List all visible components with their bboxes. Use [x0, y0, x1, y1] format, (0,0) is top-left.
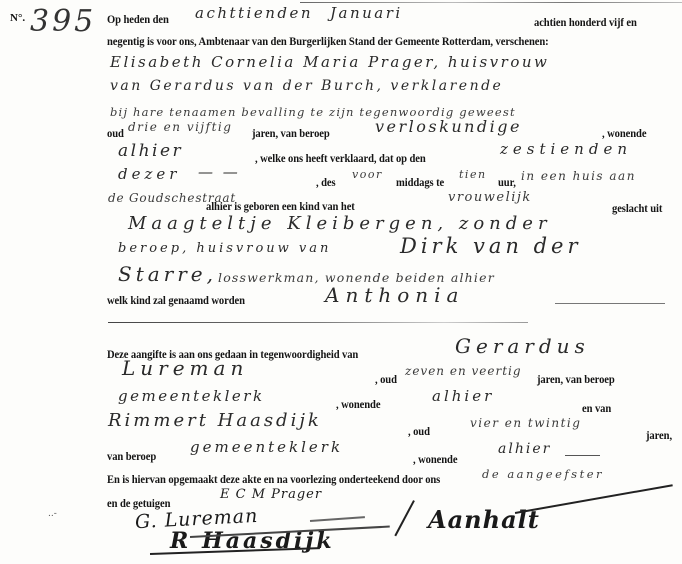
father-name-a: Dirk van der: [400, 234, 582, 258]
father-name-b: Starre,: [118, 262, 217, 286]
witness-line-5: van beroep: [107, 447, 160, 464]
printed-text: jaren, van beroep: [537, 375, 615, 387]
witness2-occupation: gemeenteklerk: [190, 438, 343, 456]
declarant-residence: alhier: [118, 141, 183, 161]
birth-day: zestienden: [500, 140, 632, 158]
child-name: Anthonia: [325, 283, 464, 307]
printed-text: , wonende: [602, 129, 646, 141]
witness2-age: vier en twintig: [470, 416, 581, 430]
line-1-end: achtien honderd vijf en: [534, 13, 646, 30]
printed-text: , oud: [375, 375, 397, 387]
signature-flourish: [310, 516, 365, 521]
printed-text: , welke ons heeft verklaard, dat op den: [255, 154, 426, 166]
record-number-label: N°.: [10, 12, 25, 24]
declarant-occupation: verloskundige: [375, 117, 522, 136]
name-underline: [555, 303, 665, 304]
section-divider: [108, 322, 528, 323]
witness1-name-b: Lureman: [122, 356, 248, 380]
line-9-b: geslacht uit: [612, 199, 667, 216]
birth-hour: tien: [459, 168, 487, 181]
printed-text: En is hiervan opgemaakt deze akte en na …: [107, 475, 440, 487]
mother-line-1: Maagteltje Kleibergen, zonder: [128, 213, 552, 234]
closing-line-1: En is hiervan opgemaakt deze akte en na …: [107, 470, 469, 487]
witness1-name-a: Gerardus: [455, 334, 590, 358]
signature-flourish: [394, 500, 414, 536]
witness-line-2: , oud: [375, 370, 399, 387]
top-rule: [300, 2, 682, 3]
line-13: welk kind zal genaamd worden: [107, 291, 257, 308]
witness-line-3: , wonende: [336, 395, 384, 412]
declarant-line-1: Elisabeth Cornelia Maria Prager, huisvro…: [110, 53, 549, 71]
declarant-line-2: van Gerardus van der Burch, verklarende: [110, 78, 503, 94]
line-8: , des: [316, 173, 337, 190]
printed-text: en de getuigen: [107, 499, 170, 511]
printed-text: geslacht uit: [612, 204, 662, 216]
printed-text: welk kind zal genaamd worden: [107, 296, 245, 308]
printed-text: uur,: [498, 178, 516, 190]
witness2-residence: alhier: [498, 441, 551, 457]
time-of-day: voor: [352, 168, 383, 181]
mother-line-2: beroep, huisvrouw van: [118, 241, 331, 256]
line-2: negentig is voor ons, Ambtenaar van den …: [107, 32, 587, 49]
date-day: achttienden: [195, 4, 313, 22]
witness-line-3-b: en van: [582, 399, 614, 416]
printed-text: achtien honderd vijf en: [534, 18, 637, 30]
witness2-name: Rimmert Haasdijk: [108, 410, 322, 431]
line-1: Op heden den: [107, 10, 174, 27]
signers-note: de aangeefster: [482, 467, 604, 481]
declarant-age: drie en vijftig: [128, 120, 232, 134]
birth-place-a: in een huis aan: [521, 169, 636, 183]
date-month: Januari: [330, 4, 403, 22]
residence-underline: [565, 455, 600, 456]
birth-dash: — —: [198, 163, 240, 181]
line-7: , welke ons heeft verklaard, dat op den: [255, 149, 441, 166]
printed-text: jaren, van beroep: [252, 129, 330, 141]
witness-line-5-b: , wonende: [413, 450, 461, 467]
line-6-c: , wonende: [602, 124, 650, 141]
signature-official: Aanhalt: [428, 505, 540, 534]
printed-text: oud: [107, 129, 124, 141]
closing-line-2: en de getuigen: [107, 494, 176, 511]
birth-certificate-scan: N°. 395 Op heden den achttienden Januari…: [0, 0, 682, 564]
birth-month: dezer: [118, 165, 180, 183]
line-8-b: middags te: [396, 173, 448, 190]
printed-text: , wonende: [413, 455, 457, 467]
witness1-occupation: gemeenteklerk: [118, 387, 265, 405]
witness-line-2-b: jaren, van beroep: [537, 370, 621, 387]
witness1-age: zeven en veertig: [405, 364, 522, 378]
printed-text: , des: [316, 178, 336, 190]
printed-text: Op heden den: [107, 15, 169, 27]
printed-text: en van: [582, 404, 611, 416]
printed-text: alhier is geboren een kind van het: [206, 202, 355, 214]
child-sex: vrouwelijk: [448, 190, 532, 205]
printed-text: middags te: [396, 178, 444, 190]
line-6-b: jaren, van beroep: [252, 124, 336, 141]
line-9: alhier is geboren een kind van het: [206, 197, 368, 214]
line-6: oud: [107, 124, 125, 141]
printed-text: , wonende: [336, 400, 380, 412]
signature-declarant: E C M Prager: [220, 487, 322, 502]
printed-text: negentig is voor ons, Ambtenaar van den …: [107, 37, 549, 49]
record-number: 395: [30, 4, 96, 39]
witness-line-4: , oud: [408, 422, 432, 439]
printed-text: , oud: [408, 427, 430, 439]
printed-text: van beroep: [107, 452, 156, 464]
witness1-residence: alhier: [432, 387, 494, 405]
printed-text: jaren,: [646, 431, 672, 443]
signature-flourish: [515, 484, 673, 513]
line-8-c: uur,: [498, 173, 517, 190]
stray-mark: ..-: [48, 509, 57, 519]
witness-line-4-b: jaren,: [646, 426, 674, 443]
